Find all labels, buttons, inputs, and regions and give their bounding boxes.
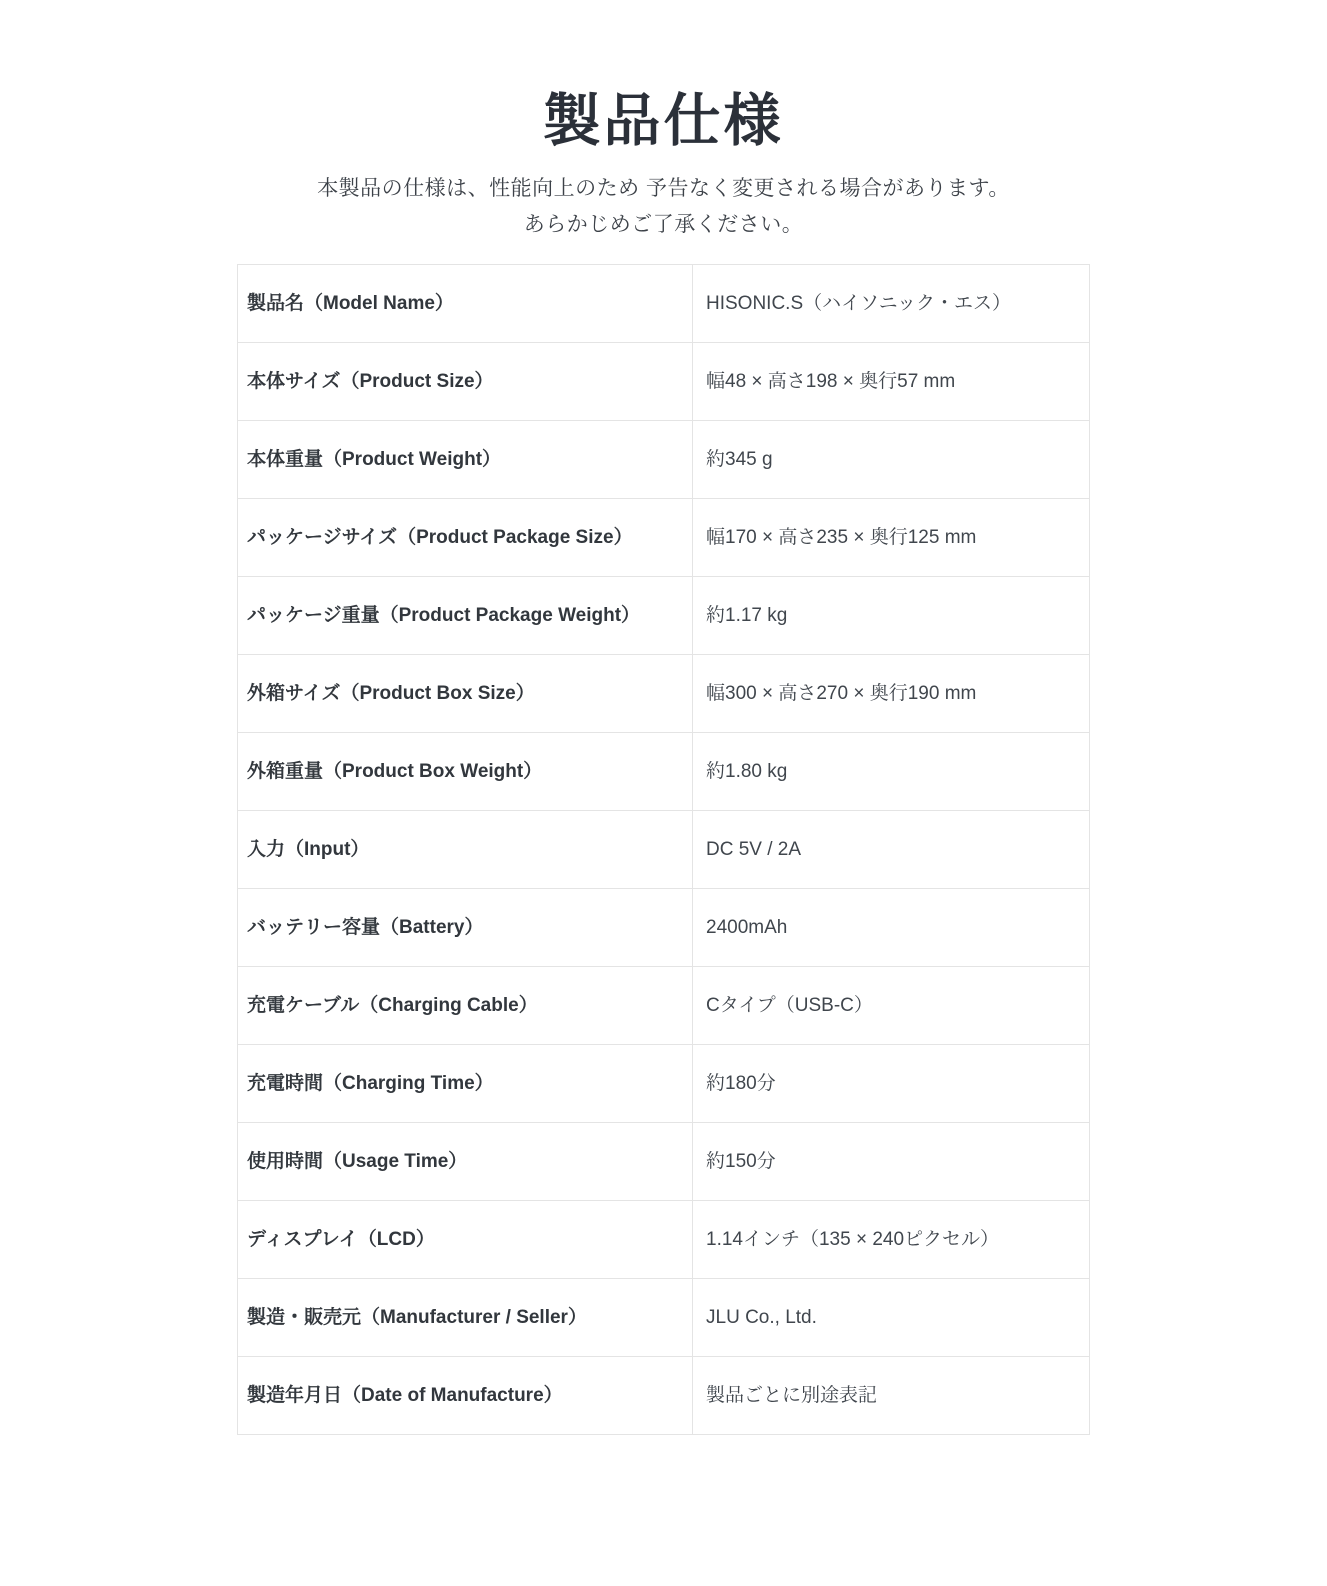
spec-label: 充電時間（Charging Time） bbox=[238, 1045, 693, 1123]
spec-row-charging-cable: 充電ケーブル（Charging Cable） Cタイプ（USB-C） bbox=[238, 967, 1090, 1045]
spec-label: 製品名（Model Name） bbox=[238, 265, 693, 343]
spec-label: ディスプレイ（LCD） bbox=[238, 1201, 693, 1279]
spec-label: 本体重量（Product Weight） bbox=[238, 421, 693, 499]
spec-row-display: ディスプレイ（LCD） 1.14インチ（135 × 240ピクセル） bbox=[238, 1201, 1090, 1279]
spec-row-package-weight: パッケージ重量（Product Package Weight） 約1.17 kg bbox=[238, 577, 1090, 655]
spec-value: 約180分 bbox=[693, 1045, 1090, 1123]
spec-label: 充電ケーブル（Charging Cable） bbox=[238, 967, 693, 1045]
spec-value: 1.14インチ（135 × 240ピクセル） bbox=[693, 1201, 1090, 1279]
spec-value: 幅300 × 高さ270 × 奥行190 mm bbox=[693, 655, 1090, 733]
spec-label: 本体サイズ（Product Size） bbox=[238, 343, 693, 421]
spec-row-product-size: 本体サイズ（Product Size） 幅48 × 高さ198 × 奥行57 m… bbox=[238, 343, 1090, 421]
spec-label: バッテリー容量（Battery） bbox=[238, 889, 693, 967]
spec-label: 入力（Input） bbox=[238, 811, 693, 889]
spec-value: 約1.80 kg bbox=[693, 733, 1090, 811]
spec-value: 約345 g bbox=[693, 421, 1090, 499]
spec-row-usage-time: 使用時間（Usage Time） 約150分 bbox=[238, 1123, 1090, 1201]
spec-table: 製品名（Model Name） HISONIC.S（ハイソニック・エス） 本体サ… bbox=[237, 264, 1090, 1435]
spec-label: 外箱重量（Product Box Weight） bbox=[238, 733, 693, 811]
spec-value: 約150分 bbox=[693, 1123, 1090, 1201]
spec-value: 2400mAh bbox=[693, 889, 1090, 967]
spec-label: パッケージ重量（Product Package Weight） bbox=[238, 577, 693, 655]
page-subtitle: 本製品の仕様は、性能向上のため 予告なく変更される場合があります。あらかじめご了… bbox=[0, 171, 1327, 243]
spec-row-input: 入力（Input） DC 5V / 2A bbox=[238, 811, 1090, 889]
subtitle-line-1: 本製品の仕様は、性能向上のため 予告なく変更される場合があります。 bbox=[317, 177, 1010, 200]
spec-value: JLU Co., Ltd. bbox=[693, 1279, 1090, 1357]
spec-value: 約1.17 kg bbox=[693, 577, 1090, 655]
spec-value: 幅170 × 高さ235 × 奥行125 mm bbox=[693, 499, 1090, 577]
spec-value: 製品ごとに別途表記 bbox=[693, 1357, 1090, 1435]
spec-value: 幅48 × 高さ198 × 奥行57 mm bbox=[693, 343, 1090, 421]
spec-row-model-name: 製品名（Model Name） HISONIC.S（ハイソニック・エス） bbox=[238, 265, 1090, 343]
spec-row-battery: バッテリー容量（Battery） 2400mAh bbox=[238, 889, 1090, 967]
spec-row-product-weight: 本体重量（Product Weight） 約345 g bbox=[238, 421, 1090, 499]
spec-row-package-size: パッケージサイズ（Product Package Size） 幅170 × 高さ… bbox=[238, 499, 1090, 577]
spec-label: 製造・販売元（Manufacturer / Seller） bbox=[238, 1279, 693, 1357]
spec-row-charging-time: 充電時間（Charging Time） 約180分 bbox=[238, 1045, 1090, 1123]
spec-row-manufacture-date: 製造年月日（Date of Manufacture） 製品ごとに別途表記 bbox=[238, 1357, 1090, 1435]
spec-value: HISONIC.S（ハイソニック・エス） bbox=[693, 265, 1090, 343]
spec-value: Cタイプ（USB-C） bbox=[693, 967, 1090, 1045]
spec-label: パッケージサイズ（Product Package Size） bbox=[238, 499, 693, 577]
subtitle-line-2: あらかじめご了承ください。 bbox=[524, 213, 804, 236]
product-spec-page: 製品仕様 本製品の仕様は、性能向上のため 予告なく変更される場合があります。あら… bbox=[0, 0, 1327, 1586]
spec-row-box-size: 外箱サイズ（Product Box Size） 幅300 × 高さ270 × 奥… bbox=[238, 655, 1090, 733]
page-title: 製品仕様 bbox=[0, 88, 1327, 155]
spec-table-body: 製品名（Model Name） HISONIC.S（ハイソニック・エス） 本体サ… bbox=[238, 265, 1090, 1435]
spec-label: 外箱サイズ（Product Box Size） bbox=[238, 655, 693, 733]
spec-row-box-weight: 外箱重量（Product Box Weight） 約1.80 kg bbox=[238, 733, 1090, 811]
spec-label: 製造年月日（Date of Manufacture） bbox=[238, 1357, 693, 1435]
spec-value: DC 5V / 2A bbox=[693, 811, 1090, 889]
spec-label: 使用時間（Usage Time） bbox=[238, 1123, 693, 1201]
spec-row-manufacturer: 製造・販売元（Manufacturer / Seller） JLU Co., L… bbox=[238, 1279, 1090, 1357]
